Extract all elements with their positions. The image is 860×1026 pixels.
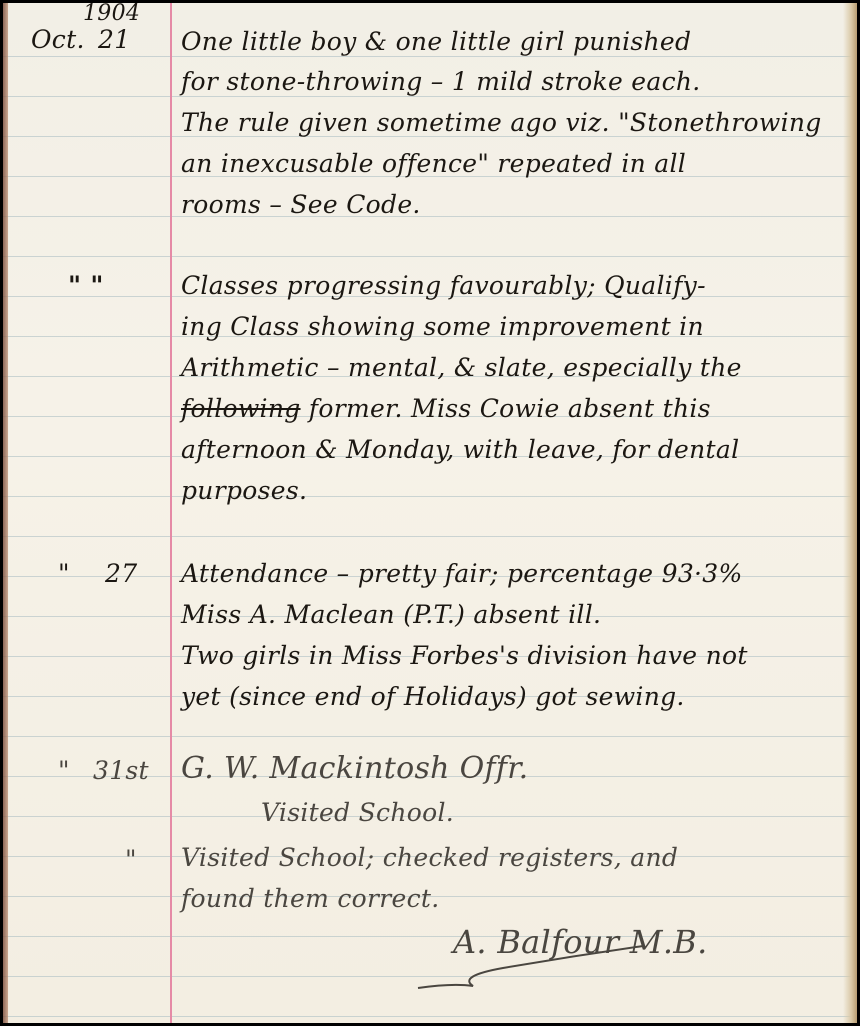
entry-date-day: 21 — [98, 25, 130, 54]
entry-date-day: 27 — [105, 559, 137, 588]
page-binding-edge — [3, 3, 8, 1023]
entry-year: 1904 — [83, 3, 140, 26]
entry-date-day: 31st — [93, 756, 149, 785]
entry-text-line: purposes. — [181, 476, 307, 505]
ditto-mark: " — [58, 559, 70, 588]
entry-text-line: ing Class showing some improvement in — [181, 312, 704, 341]
ditto-mark: " " — [68, 271, 104, 300]
log-book-page: 1904 Oct. 21 One little boy & one little… — [3, 3, 857, 1023]
entry-text-line: an inexcusable offence" repeated in all — [181, 149, 686, 178]
ditto-mark: " — [125, 845, 137, 874]
officer-signature: G. W. Mackintosh Offr. — [181, 751, 528, 786]
entry-text-line: Two girls in Miss Forbes's division have… — [181, 641, 748, 670]
red-margin-line — [170, 3, 172, 1023]
entry-text-line: yet (since end of Holidays) got sewing. — [181, 682, 685, 711]
ditto-mark: " — [58, 756, 70, 785]
signature-note: Visited School. — [261, 798, 454, 827]
entry-text-line: Arithmetic – mental, & slate, especially… — [181, 353, 742, 382]
signature-flourish-icon — [413, 928, 673, 998]
entry-text-line: Miss A. Maclean (P.T.) absent ill. — [181, 600, 601, 629]
entry-text-line: afternoon & Monday, with leave, for dent… — [181, 435, 739, 464]
entry-date-month: Oct. — [31, 25, 85, 54]
entry-text-line: for stone-throwing – 1 mild stroke each. — [181, 67, 701, 96]
page-right-edge — [843, 3, 857, 1023]
entry-text-line: found them correct. — [181, 884, 440, 913]
entry-text-line: Visited School; checked registers, and — [181, 843, 678, 872]
entry-text-line: The rule given sometime ago viz. "Stonet… — [181, 108, 822, 137]
entry-text-line: Classes progressing favourably; Qualify- — [181, 271, 706, 300]
struck-through-word: following — [181, 394, 301, 423]
entry-text-fragment: former. Miss Cowie absent this — [309, 394, 711, 423]
entry-text-line: following former. Miss Cowie absent this — [181, 394, 711, 423]
entry-text-line: rooms – See Code. — [181, 190, 421, 219]
entry-text-line: One little boy & one little girl punishe… — [181, 27, 691, 56]
entry-text-line: Attendance – pretty fair; percentage 93·… — [181, 559, 743, 588]
